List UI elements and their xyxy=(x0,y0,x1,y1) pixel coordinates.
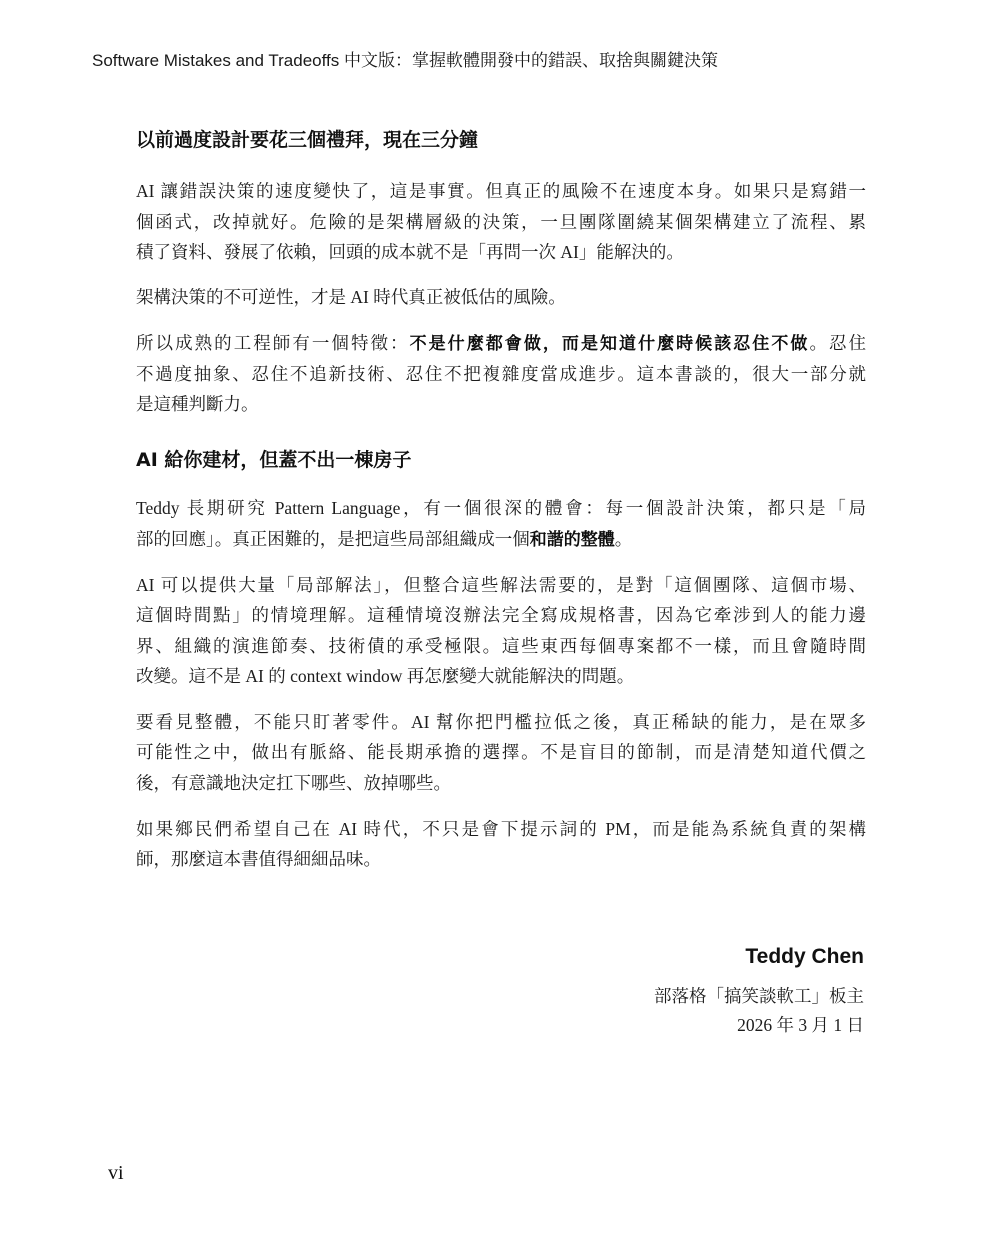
text-line: 個函式，改掉就好。危險的是架構層級的決策，一旦團隊圍繞某個架構建立了流程、累 xyxy=(136,210,866,234)
text-line: Teddy 長期研究 Pattern Language，有一個很深的體會：每一個… xyxy=(136,496,866,520)
text-line: 所以成熟的工程師有一個特徵：不是什麼都會做，而是知道什麼時候該忍住不做。忍住 xyxy=(136,331,866,356)
text-line: 後，有意識地決定扛下哪些、放掉哪些。 xyxy=(136,771,866,795)
text-line: 架構決策的不可逆性，才是 AI 時代真正被低估的風險。 xyxy=(136,285,866,309)
text-line: 是這種判斷力。 xyxy=(136,392,866,416)
text-line: 這個時間點」的情境理解。這種情境沒辦法完全寫成規格書，因為它牽涉到人的能力邊 xyxy=(136,603,866,627)
text-line: 不過度抽象、忍住不追新技術、忍住不把複雜度當成進步。這本書談的，很大一部分就 xyxy=(136,362,866,386)
text-line: 積了資料、發展了依賴，回頭的成本就不是「再問一次 AI」能解決的。 xyxy=(136,240,866,264)
page-number: vi xyxy=(108,1161,124,1185)
text-run: 。 xyxy=(615,529,633,549)
running-header: Software Mistakes and Tradeoffs 中文版：掌握軟體… xyxy=(92,50,912,72)
text-line: 師，那麼這本書值得細細品味。 xyxy=(136,847,866,871)
author-role: 部落格「搞笑談軟工」板主 xyxy=(654,984,864,1008)
signature-date: 2026 年 3 月 1 日 xyxy=(737,1013,864,1037)
text-line: 改變。這不是 AI 的 context window 再怎麼變大就能解決的問題。 xyxy=(136,664,866,688)
section-heading: 以前過度設計要花三個禮拜，現在三分鐘 xyxy=(136,128,866,152)
text-line: AI 可以提供大量「局部解法」，但整合這些解法需要的，是對「這個團隊、這個市場、 xyxy=(136,573,866,597)
text-line: 部的回應」。真正困難的，是把這些局部組織成一個和諧的整體。 xyxy=(136,527,866,552)
text-line: AI 讓錯誤決策的速度變快了，這是事實。但真正的風險不在速度本身。如果只是寫錯一 xyxy=(136,179,866,203)
text-line: 界、組織的演進節奏、技術債的承受極限。這些東西每個專案都不一樣，而且會隨時間 xyxy=(136,634,866,658)
text-run: 部的回應」。真正困難的，是把這些局部組織成一個 xyxy=(136,529,530,549)
text-line: 可能性之中，做出有脈絡、能長期承擔的選擇。不是盲目的節制，而是清楚知道代價之 xyxy=(136,740,866,764)
emphasis-text: 和諧的整體 xyxy=(530,530,615,550)
text-line: 要看見整體，不能只盯著零件。AI 幫你把門檻拉低之後，真正稀缺的能力，是在眾多 xyxy=(136,710,866,734)
emphasis-text: 不是什麼都會做，而是知道什麼時候該忍住不做 xyxy=(410,334,810,354)
text-run: 。忍住 xyxy=(809,333,866,353)
text-run: 所以成熟的工程師有一個特徵： xyxy=(136,333,410,353)
text-line: 如果鄉民們希望自己在 AI 時代，不只是會下提示詞的 PM，而是能為系統負責的架… xyxy=(136,817,866,841)
section-heading: AI 給你建材，但蓋不出一棟房子 xyxy=(136,448,866,472)
author-name: Teddy Chen xyxy=(745,944,864,970)
